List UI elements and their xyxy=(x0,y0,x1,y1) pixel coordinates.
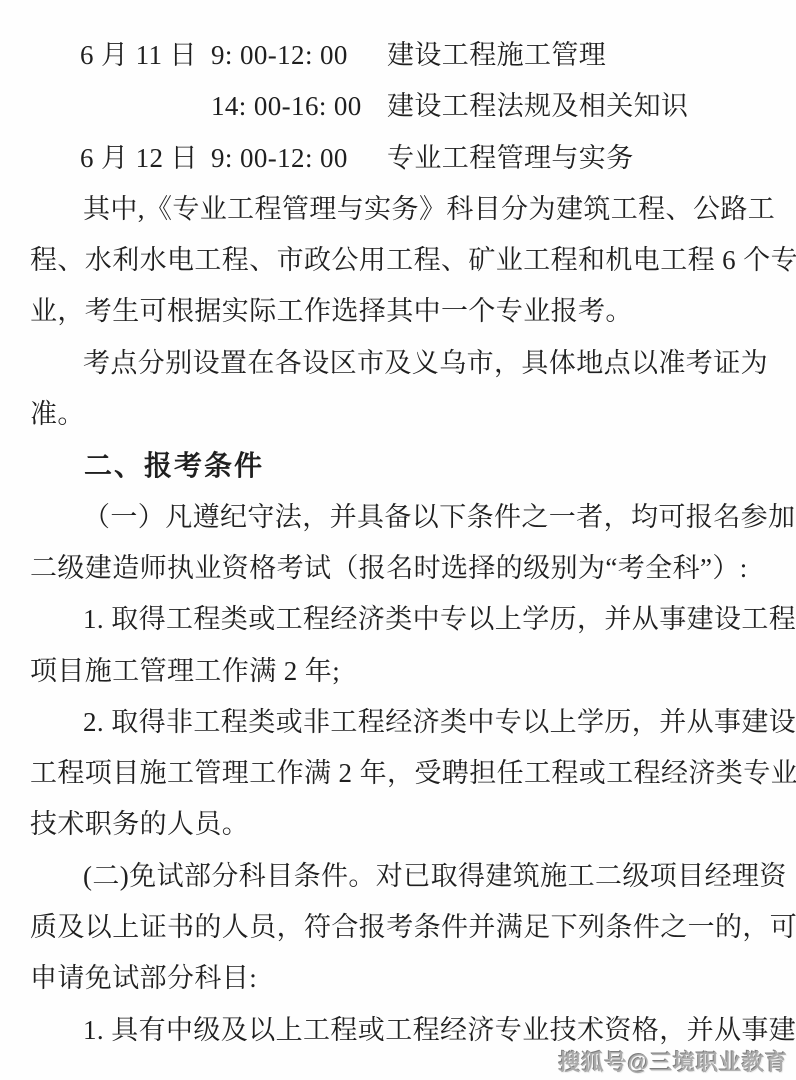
schedule-time: 9: 00-12: 00 xyxy=(211,30,387,81)
paragraph-line: 质及以上证书的人员，符合报考条件并满足下列条件之一的，可 xyxy=(30,902,770,953)
paragraph-line: 2. 取得非工程类或非工程经济类中专以上学历，并从事建设 xyxy=(30,697,770,748)
schedule-subject: 建设工程法规及相关知识 xyxy=(387,91,688,121)
schedule-row: 6 月 11 日9: 00-12: 00建设工程施工管理 xyxy=(30,30,770,81)
paragraph-line: 准。 xyxy=(30,389,770,440)
paragraph-line: 二级建造师执业资格考试（报名时选择的级别为“考全科”）: xyxy=(30,543,770,594)
schedule-date: 6 月 11 日 xyxy=(80,30,211,81)
schedule-subject: 专业工程管理与实务 xyxy=(387,143,634,173)
section-heading: 二、报考条件 xyxy=(30,440,770,491)
paragraph-line: 项目施工管理工作满 2 年; xyxy=(30,646,770,697)
paragraph-line: 业，考生可根据实际工作选择其中一个专业报考。 xyxy=(30,286,770,337)
schedule-row: 6 月 12 日9: 00-12: 00专业工程管理与实务 xyxy=(30,133,770,184)
paragraph-line: (二)免试部分科目条件。对已取得建筑施工二级项目经理资 xyxy=(30,851,770,902)
paragraph-line: 其中,《专业工程管理与实务》科目分为建筑工程、公路工 xyxy=(30,184,770,235)
document-body: 6 月 11 日9: 00-12: 00建设工程施工管理 14: 00-16: … xyxy=(0,0,796,1056)
schedule-date: 6 月 12 日 xyxy=(80,133,211,184)
sohu-watermark: 搜狐号@三境职业教育 xyxy=(559,1046,788,1077)
paragraph-line: 申请免试部分科目: xyxy=(30,953,770,1004)
paragraph-line: 技术职务的人员。 xyxy=(30,799,770,850)
schedule-row: 14: 00-16: 00建设工程法规及相关知识 xyxy=(30,81,770,132)
document-page: 6 月 11 日9: 00-12: 00建设工程施工管理 14: 00-16: … xyxy=(0,0,796,1080)
schedule-time: 9: 00-12: 00 xyxy=(211,133,387,184)
paragraph-line: 考点分别设置在各设区市及义乌市，具体地点以准考证为 xyxy=(30,338,770,389)
schedule-time: 14: 00-16: 00 xyxy=(211,81,387,132)
paragraph-line: （一）凡遵纪守法，并具备以下条件之一者，均可报名参加 xyxy=(30,492,770,543)
paragraph-line: 程、水利水电工程、市政公用工程、矿业工程和机电工程 6 个专 xyxy=(30,235,770,286)
paragraph-line: 工程项目施工管理工作满 2 年，受聘担任工程或工程经济类专业 xyxy=(30,748,770,799)
paragraph-line: 1. 取得工程类或工程经济类中专以上学历，并从事建设工程 xyxy=(30,594,770,645)
schedule-subject: 建设工程施工管理 xyxy=(387,40,606,70)
